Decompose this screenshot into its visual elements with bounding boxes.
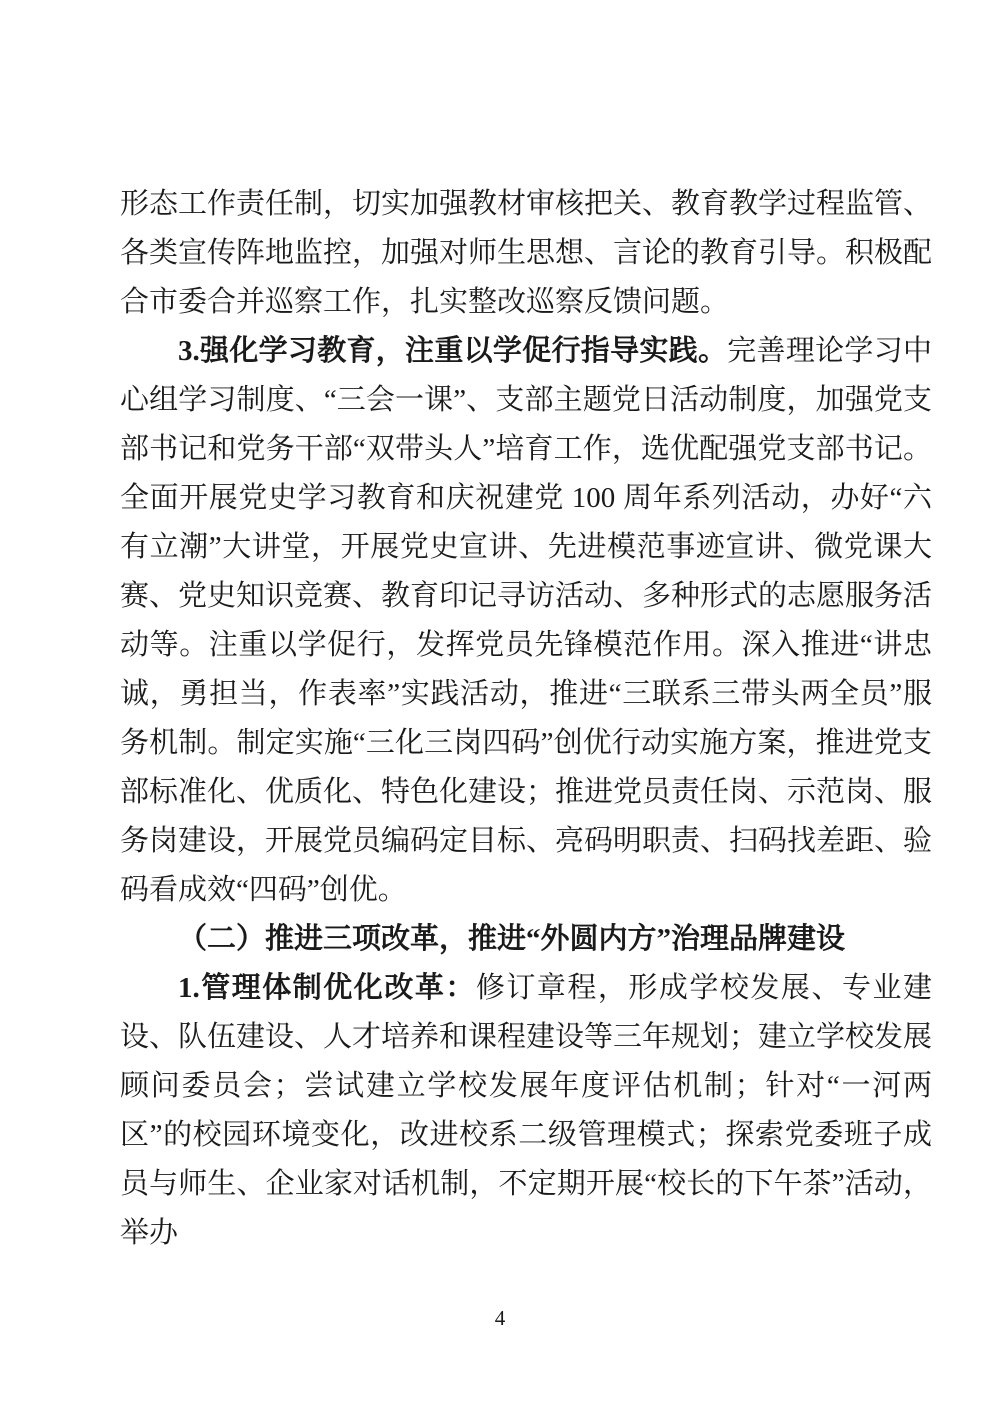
heading-section-2: （二）推进三项改革，推进“外圆内方”治理品牌建设 (120, 915, 932, 964)
document-body: 形态工作责任制，切实加强教材审核把关、教育教学过程监管、各类宣传阵地监控，加强对… (120, 180, 932, 1258)
bold-text-run: 3.强化学习教育，注重以学促行指导实践。 (178, 335, 727, 367)
paragraph-continuation: 形态工作责任制，切实加强教材审核把关、教育教学过程监管、各类宣传阵地监控，加强对… (120, 180, 932, 327)
page-number: 4 (495, 1306, 506, 1330)
text-run: 形态工作责任制，切实加强教材审核把关、教育教学过程监管、各类宣传阵地监控，加强对… (120, 188, 932, 318)
document-page: 形态工作责任制，切实加强教材审核把关、教育教学过程监管、各类宣传阵地监控，加强对… (0, 0, 1000, 1415)
page-footer: 4 (0, 1303, 1000, 1333)
text-run: 修订章程，形成学校发展、专业建设、队伍建设、人才培养和课程建设等三年规划；建立学… (120, 972, 932, 1249)
paragraph-item-1: 1.管理体制优化改革：修订章程，形成学校发展、专业建设、队伍建设、人才培养和课程… (120, 964, 932, 1258)
bold-text-run: 1.管理体制优化改革： (178, 972, 476, 1004)
paragraph-item-3: 3.强化学习教育，注重以学促行指导实践。完善理论学习中心组学习制度、“三会一课”… (120, 327, 932, 915)
text-run: 完善理论学习中心组学习制度、“三会一课”、支部主题党日活动制度，加强党支部书记和… (120, 335, 932, 906)
bold-text-run: （二）推进三项改革，推进“外圆内方”治理品牌建设 (178, 923, 845, 955)
